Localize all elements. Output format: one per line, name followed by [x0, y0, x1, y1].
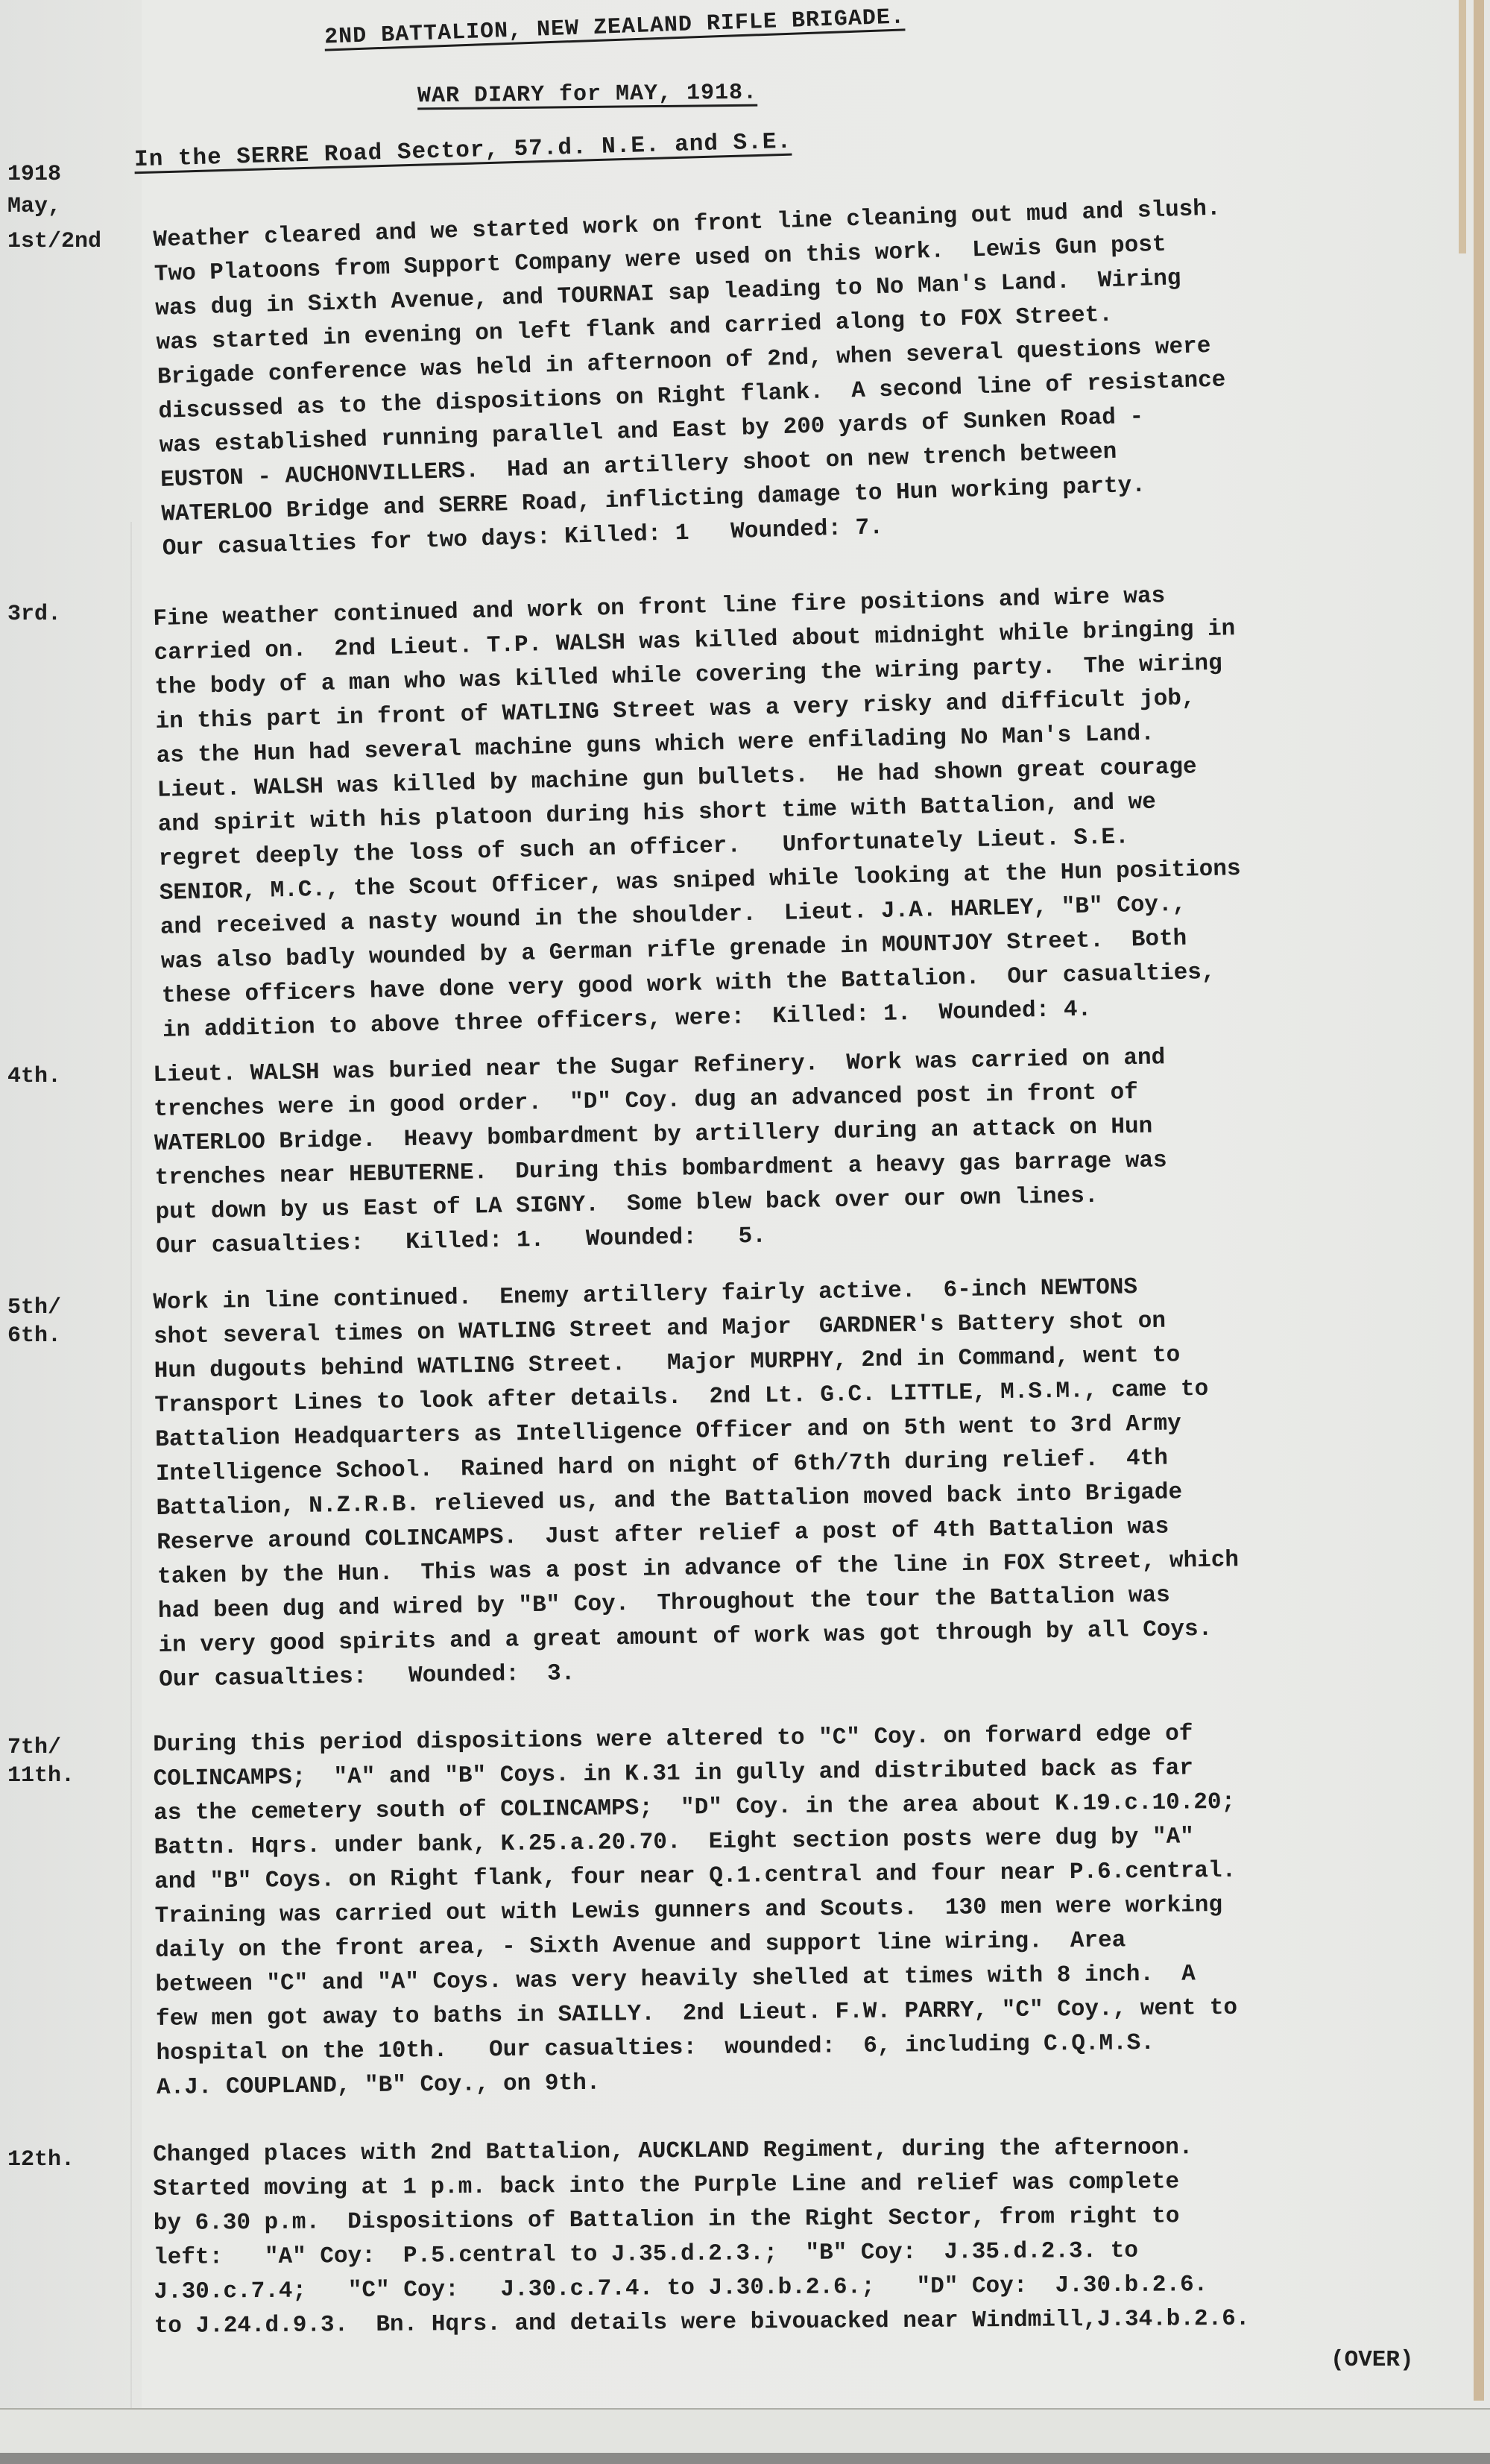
entry-date: 4th.	[7, 1062, 61, 1091]
background-surface	[0, 2453, 1490, 2464]
diary-entry-5th-6th: Work in line continued. Enemy artillery …	[153, 1266, 1426, 1698]
page-over-marker: (OVER)	[1330, 2347, 1414, 2373]
entry-date: 12th.	[7, 2146, 75, 2174]
sector-heading: In the SERRE Road Sector, 57.d. N.E. and…	[134, 129, 792, 174]
diary-entry-1st-2nd: Weather cleared and we started work on f…	[153, 186, 1430, 567]
diary-entry-12th: Changed places with 2nd Battalion, AUCKL…	[153, 2129, 1421, 2344]
torn-page-bottom	[0, 2408, 1490, 2454]
document-title: 2ND BATTALION, NEW ZEALAND RIFLE BRIGADE…	[324, 4, 906, 50]
paper-fold-line	[130, 522, 132, 2460]
document-subtitle: WAR DIARY for MAY, 1918.	[417, 81, 757, 110]
entry-date: 3rd.	[7, 600, 61, 628]
folder-edge-inner	[1459, 0, 1466, 253]
month-label: May,	[7, 192, 61, 221]
entry-date: 7th/ 11th.	[7, 1733, 75, 1790]
diary-entry-7th-11th: During this period dispositions were alt…	[153, 1715, 1424, 2105]
diary-page: 2ND BATTALION, NEW ZEALAND RIFLE BRIGADE…	[0, 0, 1490, 2464]
entry-date: 5th/ 6th.	[7, 1294, 61, 1350]
year-label: 1918	[7, 160, 61, 189]
entry-date: 1st/2nd	[7, 227, 101, 256]
page-left-margin-shadow	[0, 0, 142, 2464]
folder-edge	[1474, 0, 1484, 2401]
diary-entry-4th: Lieut. WALSH was buried near the Sugar R…	[153, 1036, 1424, 1264]
diary-entry-3rd: Fine weather continued and work on front…	[153, 573, 1430, 1047]
